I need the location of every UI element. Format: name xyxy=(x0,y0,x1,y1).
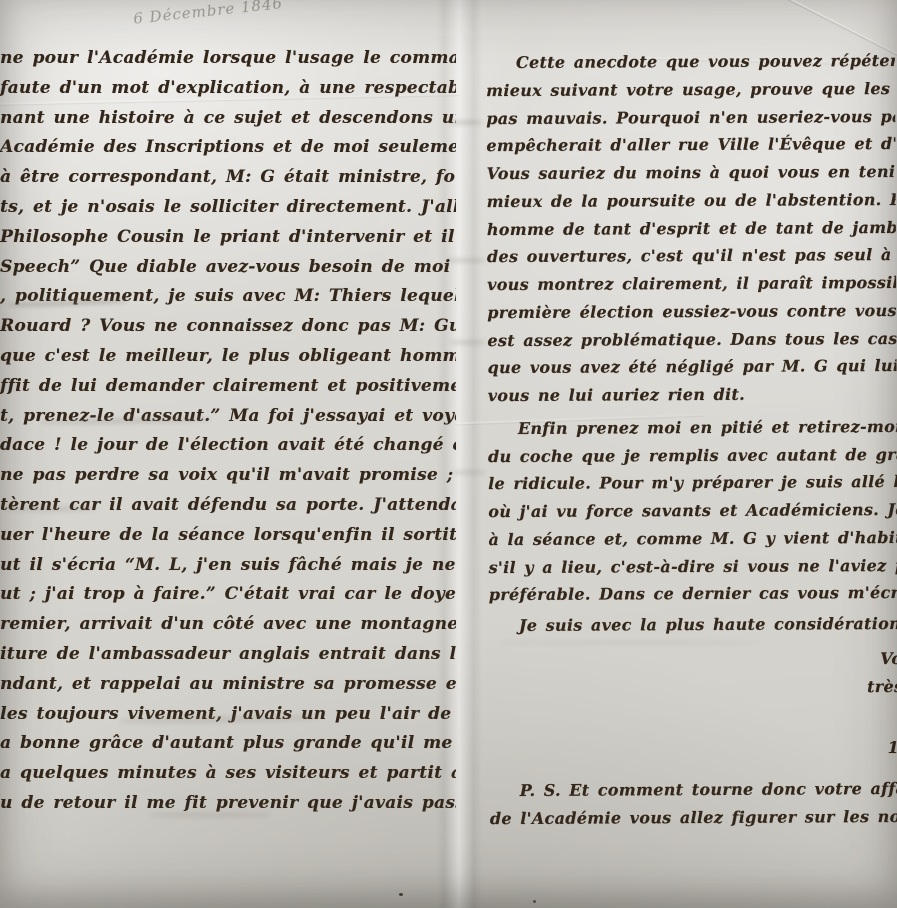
manuscript-line: Académie des Inscriptions et de moi seul… xyxy=(0,133,456,163)
manuscript-line: à être correspondant, M: G était ministr… xyxy=(0,163,456,193)
manuscript-line: uer l'heure de la séance lorsqu'enfin il… xyxy=(0,521,456,551)
manuscript-line: mieux suivant votre usage, prouve que le… xyxy=(486,75,895,105)
manuscript-line: 11 xyxy=(489,734,897,764)
manuscript-line: Philosophe Cousin le priant d'intervenir… xyxy=(0,223,456,253)
manuscript-line: de l'Académie vous allez figurer sur les… xyxy=(490,803,897,833)
manuscript-line: Speech” Que diable avez-vous besoin de m… xyxy=(0,253,456,283)
ink-bleed-mark xyxy=(6,506,96,512)
manuscript-line: ffit de lui demander clairement et posit… xyxy=(0,372,456,402)
manuscript-line: préférable. Dans ce dernier cas vous m'é… xyxy=(489,579,897,609)
ink-bleed-mark xyxy=(450,340,486,345)
manuscript-line: est assez problématique. Dans tous les c… xyxy=(487,324,896,354)
manuscript-line: P. S. Et comment tourne donc votre affai… xyxy=(490,775,897,805)
manuscript-line: a quelques minutes à ses visiteurs et pa… xyxy=(0,759,456,789)
ink-bleed-mark xyxy=(446,258,486,263)
ink-bleed-mark xyxy=(448,120,482,125)
manuscript-line: Enfin prenez moi en pitié et retirez-moi… xyxy=(488,413,897,443)
ink-bleed-mark xyxy=(452,470,486,475)
paper-speck xyxy=(533,900,536,903)
manuscript-line: a bonne grâce d'autant plus grande qu'il… xyxy=(0,729,456,759)
manuscript-line: Je suis avec la plus haute considération… xyxy=(489,610,897,640)
manuscript-line: s'il y a lieu, c'est-à-dire si vous ne l… xyxy=(488,551,897,581)
manuscript-line: homme de tant d'esprit et de tant de jam… xyxy=(487,213,896,243)
manuscript-line: Cette anecdote que vous pouvez répéter, … xyxy=(486,47,895,77)
manuscript-line: vous montrez clairement, il paraît impos… xyxy=(487,269,896,299)
manuscript-line: ts, et je n'osais le solliciter directem… xyxy=(0,193,456,223)
manuscript-line: remier, arrivait d'un côté avec une mont… xyxy=(0,610,456,640)
manuscript-line: première élection eussiez-vous contre vo… xyxy=(487,297,896,327)
manuscript-line: faute d'un mot d'explication, à une resp… xyxy=(0,74,456,104)
manuscript-line: pas mauvais. Pourquoi n'en useriez-vous … xyxy=(486,102,895,132)
manuscript-line: t, prenez-le d'assaut.” Ma foi j'essayai… xyxy=(0,402,456,432)
manuscript-line: Vot xyxy=(489,645,897,675)
manuscript-line: très- xyxy=(489,672,897,702)
manuscript-line: nant une histoire à ce sujet et descendo… xyxy=(0,104,456,134)
manuscript-line: à la séance et, comme M. G y vient d'hab… xyxy=(488,524,897,554)
manuscript-line: que c'est le meilleur, le plus obligeant… xyxy=(0,342,456,372)
manuscript-line: mieux de la poursuite ou de l'abstention… xyxy=(487,186,896,216)
manuscript-line: des ouvertures, c'est qu'il n'est pas se… xyxy=(487,241,896,271)
manuscript-line: Rouard ? Vous ne connaissez donc pas M: … xyxy=(0,312,456,342)
manuscript-line: ndant, et rappelai au ministre sa promes… xyxy=(0,670,456,700)
manuscript-line: vous ne lui auriez rien dit. xyxy=(488,380,897,410)
ink-bleed-mark xyxy=(150,812,270,818)
manuscript-line: ut ; j'ai trop à faire.” C'était vrai ca… xyxy=(0,580,456,610)
manuscript-line: que vous avez été négligé par M. G qui l… xyxy=(487,352,896,382)
right-page: Cette anecdote que vous pouvez répéter, … xyxy=(480,47,897,869)
manuscript-line: Vous sauriez du moins à quoi vous en ten… xyxy=(486,158,895,188)
manuscript-line: , politiquement, je suis avec M: Thiers … xyxy=(0,282,456,312)
manuscript-line: le ridicule. Pour m'y préparer je suis a… xyxy=(488,468,897,498)
manuscript-line: ne pas perdre sa voix qu'il m'avait prom… xyxy=(0,461,456,491)
manuscript-line: empêcherait d'aller rue Ville l'Évêque e… xyxy=(486,130,895,160)
paper-speck xyxy=(399,893,403,896)
manuscript-line: les toujours vivement, j'avais un peu l'… xyxy=(0,700,456,730)
manuscript-line: iture de l'ambassadeur anglais entrait d… xyxy=(0,640,456,670)
manuscript-line: où j'ai vu force savants et Académiciens… xyxy=(488,496,897,526)
manuscript-line: ne pour l'Académie lorsque l'usage le co… xyxy=(0,44,456,74)
manuscript-line: du coche que je remplis avec autant de g… xyxy=(488,440,897,470)
manuscript-line: ut il s'écria “M. L, j'en suis fâché mai… xyxy=(0,551,456,581)
pencil-date-annotation: 6 Décembre 1846 xyxy=(132,0,283,28)
ink-bleed-mark xyxy=(500,640,760,645)
manuscript-line: dace ! le jour de l'élection avait été c… xyxy=(0,431,456,461)
letter-photo: 6 Décembre 1846 ne pour l'Académie lorsq… xyxy=(0,0,897,908)
